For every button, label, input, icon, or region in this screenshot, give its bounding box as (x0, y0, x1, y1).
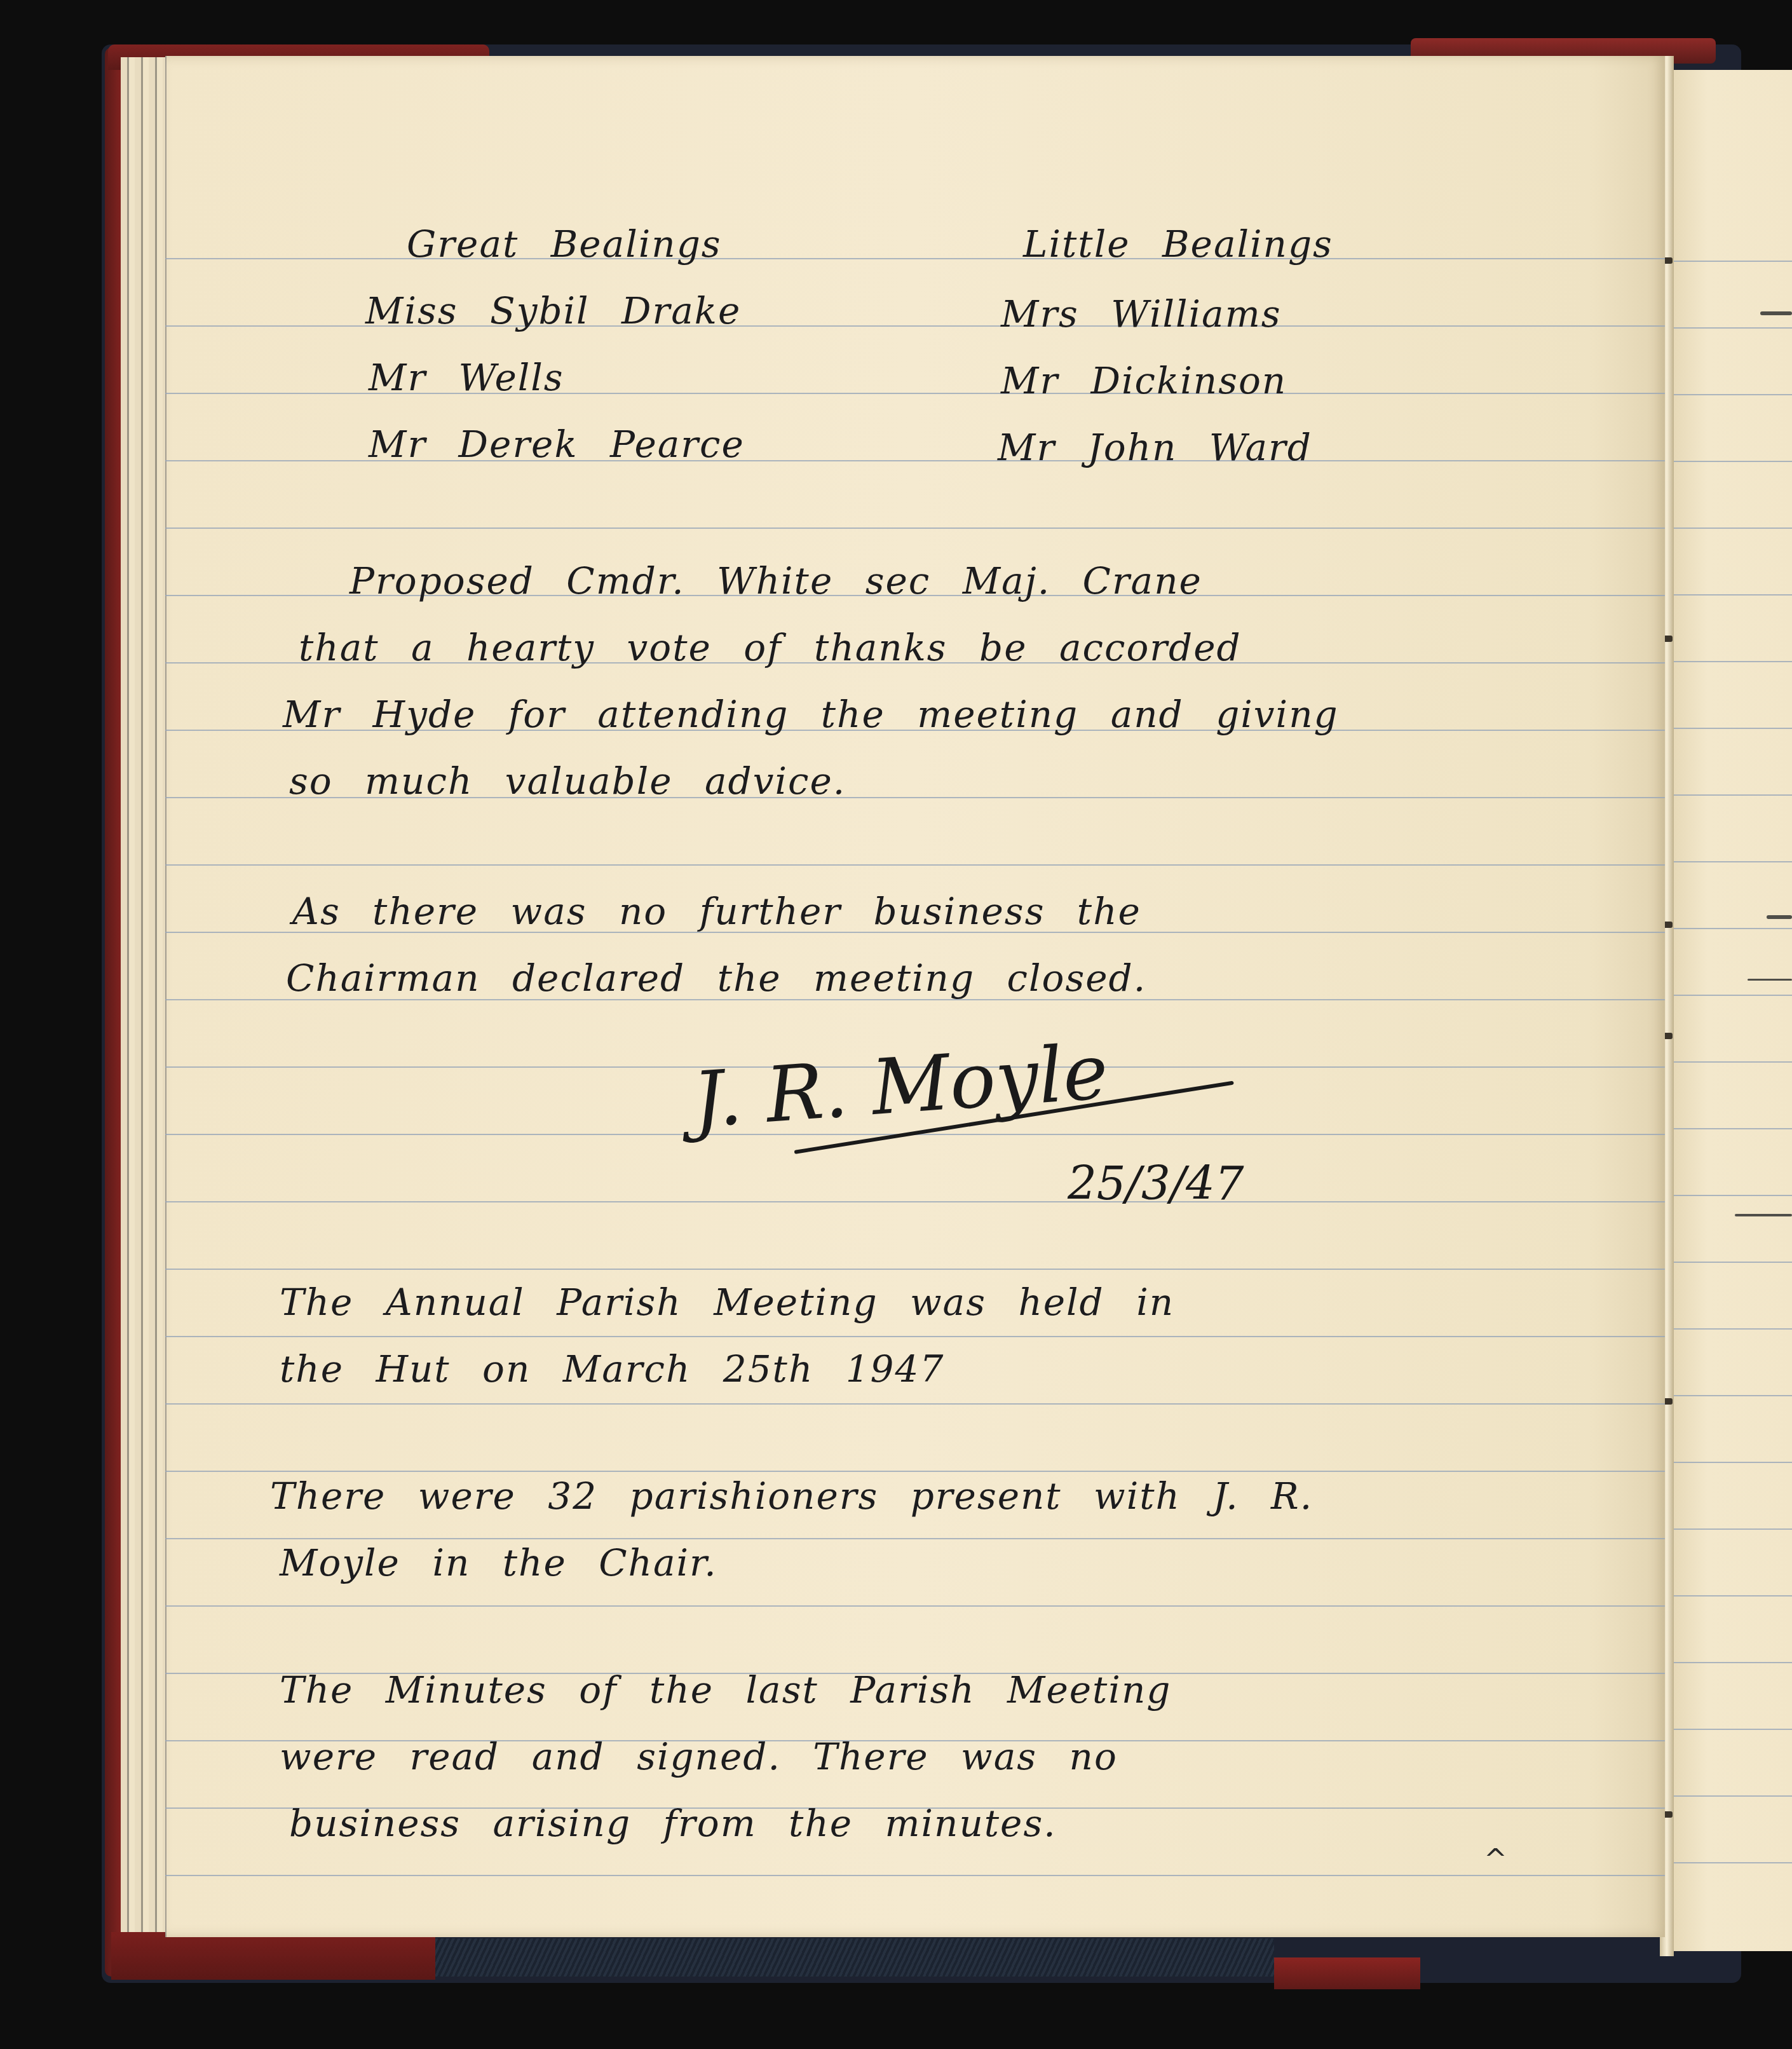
attendee-name: Mr John Ward (998, 426, 1312, 469)
attendee-name: Mr Wells (369, 356, 564, 399)
minute-line: The Minutes of the last Parish Meeting (280, 1668, 1171, 1712)
minute-line: were read and signed. There was no (280, 1735, 1118, 1778)
cloth-binding-bottom (435, 1938, 1274, 1977)
ink-fragment (1760, 311, 1792, 315)
column-heading-little-bealings: Little Bealings (1023, 222, 1333, 266)
right-page-partial (1671, 70, 1792, 1951)
attendee-name: Mr Dickinson (1001, 359, 1287, 402)
minute-line: Mr Hyde for attending the meeting and gi… (283, 693, 1339, 736)
page-edge-stack (121, 57, 172, 1932)
ink-fragment (1767, 915, 1792, 919)
caret-mark: ^ (1484, 1843, 1507, 1875)
attendee-name: Mrs Williams (1001, 292, 1281, 336)
leather-corner-bottom-left (111, 1932, 435, 1980)
minute-line: Moyle in the Chair. (280, 1541, 717, 1584)
minute-line: so much valuable advice. (289, 759, 846, 803)
minute-line: There were 32 parishioners present with … (270, 1474, 1313, 1518)
ink-fragment (1748, 979, 1792, 981)
leather-corner-bottom-right (1274, 1957, 1420, 1989)
minute-line: Chairman declared the meeting closed. (286, 956, 1146, 1000)
column-heading-great-bealings: Great Bealings (407, 222, 722, 266)
minute-line: As there was no further business the (292, 890, 1141, 933)
minute-line: Proposed Cmdr. White sec Maj. Crane (350, 559, 1202, 602)
minute-line: The Annual Parish Meeting was held in (280, 1281, 1174, 1324)
page-margin-line (165, 56, 166, 1937)
minute-line: business arising from the minutes. (289, 1802, 1057, 1845)
ink-fragment (1735, 1214, 1792, 1216)
signature-date: 25/3/47 (1068, 1157, 1244, 1210)
attendee-name: Miss Sybil Drake (365, 289, 741, 332)
minute-line: that a hearty vote of thanks be accorded (299, 626, 1242, 669)
attendee-name: Mr Derek Pearce (369, 423, 745, 466)
minute-line: the Hut on March 25th 1947 (280, 1347, 944, 1391)
